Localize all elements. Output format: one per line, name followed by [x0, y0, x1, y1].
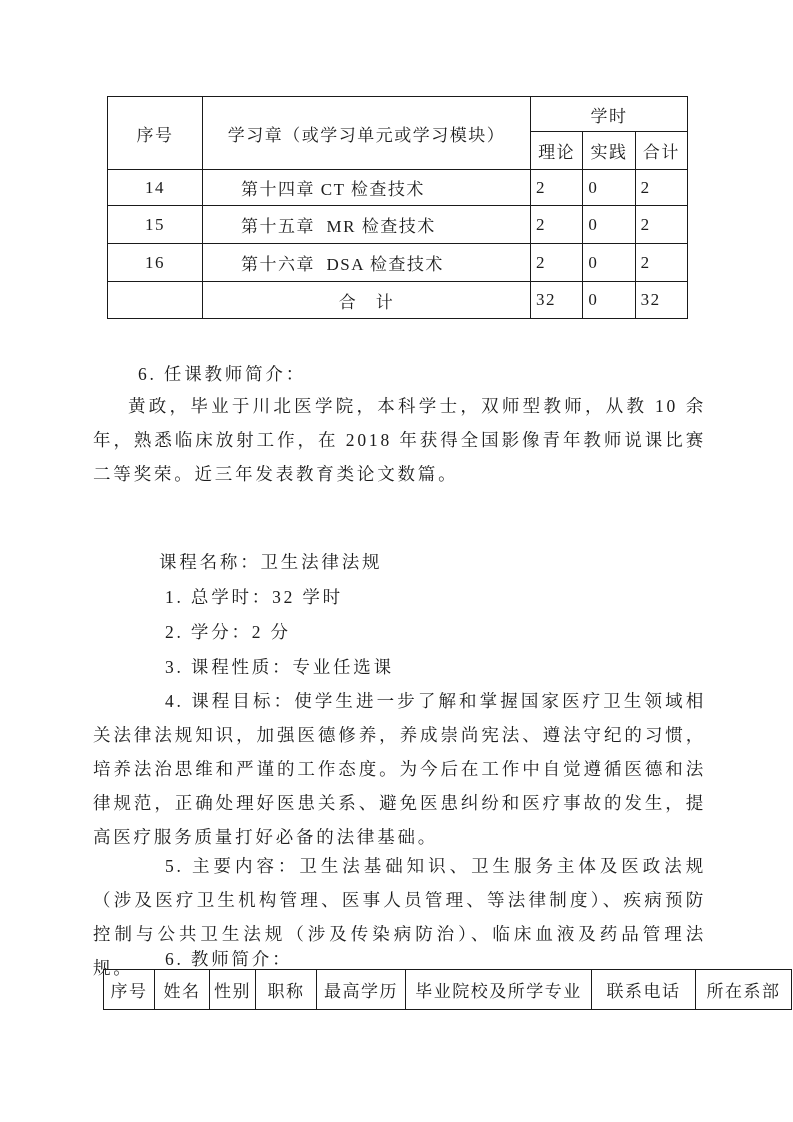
row-total: 2	[635, 170, 687, 206]
total-row-theory: 32	[531, 282, 583, 319]
header-gender: 性别	[210, 970, 256, 1010]
row-practice: 0	[583, 206, 635, 244]
table-total-row: 合 计 32 0 32	[108, 282, 688, 319]
header-degree: 最高学历	[317, 970, 406, 1010]
table-row: 14 第十四章 CT 检查技术 2 0 2	[108, 170, 688, 206]
teacher-intro-heading: 6. 任课教师简介：	[138, 357, 306, 391]
row-chapter: 第十五章 MR 检查技术	[203, 206, 531, 244]
hours-table-header-practice: 实践	[583, 132, 635, 170]
total-row-practice: 0	[583, 282, 635, 319]
course-name-line: 课程名称：卫生法律法规	[159, 545, 382, 579]
course-objectives-paragraph: 4. 课程目标：使学生进一步了解和掌握国家医疗卫生领域相关法律法规知识，加强医德…	[93, 684, 706, 854]
table-row: 15 第十五章 MR 检查技术 2 0 2	[108, 206, 688, 244]
row-total: 2	[635, 244, 687, 282]
header-department: 所在系部	[696, 970, 792, 1010]
header-seq: 序号	[104, 970, 155, 1010]
row-chapter: 第十四章 CT 检查技术	[203, 170, 531, 206]
row-chapter: 第十六章 DSA 检查技术	[203, 244, 531, 282]
teachers-info-table: 序号 姓名 性别 职称 最高学历 毕业院校及所学专业 联系电话 所在系部	[103, 969, 792, 1010]
table-row: 16 第十六章 DSA 检查技术 2 0 2	[108, 244, 688, 282]
hours-table-header-hours-group: 学时	[531, 97, 688, 132]
course-type-line: 3. 课程性质：专业任选课	[165, 650, 394, 684]
row-seq: 16	[108, 244, 203, 282]
teacher-intro-paragraph: 黄政，毕业于川北医学院，本科学士，双师型教师，从教 10 余年，熟悉临床放射工作…	[93, 389, 706, 491]
row-theory: 2	[531, 244, 583, 282]
hours-table-header-seq: 序号	[108, 97, 203, 170]
row-theory: 2	[531, 206, 583, 244]
header-name: 姓名	[155, 970, 210, 1010]
hours-table-header-chapter: 学习章（或学习单元或学习模块）	[203, 97, 531, 170]
header-phone: 联系电话	[592, 970, 696, 1010]
document-page: 序号 学习章（或学习单元或学习模块） 学时 理论 实践 合计 14 第十四章 C…	[0, 0, 793, 1122]
row-practice: 0	[583, 170, 635, 206]
row-total: 2	[635, 206, 687, 244]
teachers-table-header-row: 序号 姓名 性别 职称 最高学历 毕业院校及所学专业 联系电话 所在系部	[104, 970, 792, 1010]
row-seq: 15	[108, 206, 203, 244]
course-credits-line: 2. 学分：2 分	[165, 615, 291, 649]
course-hours-table: 序号 学习章（或学习单元或学习模块） 学时 理论 实践 合计 14 第十四章 C…	[107, 96, 688, 319]
hours-table-header-total: 合计	[635, 132, 687, 170]
header-school-major: 毕业院校及所学专业	[406, 970, 592, 1010]
course-total-hours-line: 1. 总学时：32 学时	[165, 580, 343, 614]
total-row-empty-cell	[108, 282, 203, 319]
row-seq: 14	[108, 170, 203, 206]
hours-table-header-theory: 理论	[531, 132, 583, 170]
row-practice: 0	[583, 244, 635, 282]
total-row-total: 32	[635, 282, 687, 319]
row-theory: 2	[531, 170, 583, 206]
header-title: 职称	[256, 970, 317, 1010]
total-row-label: 合 计	[203, 282, 531, 319]
